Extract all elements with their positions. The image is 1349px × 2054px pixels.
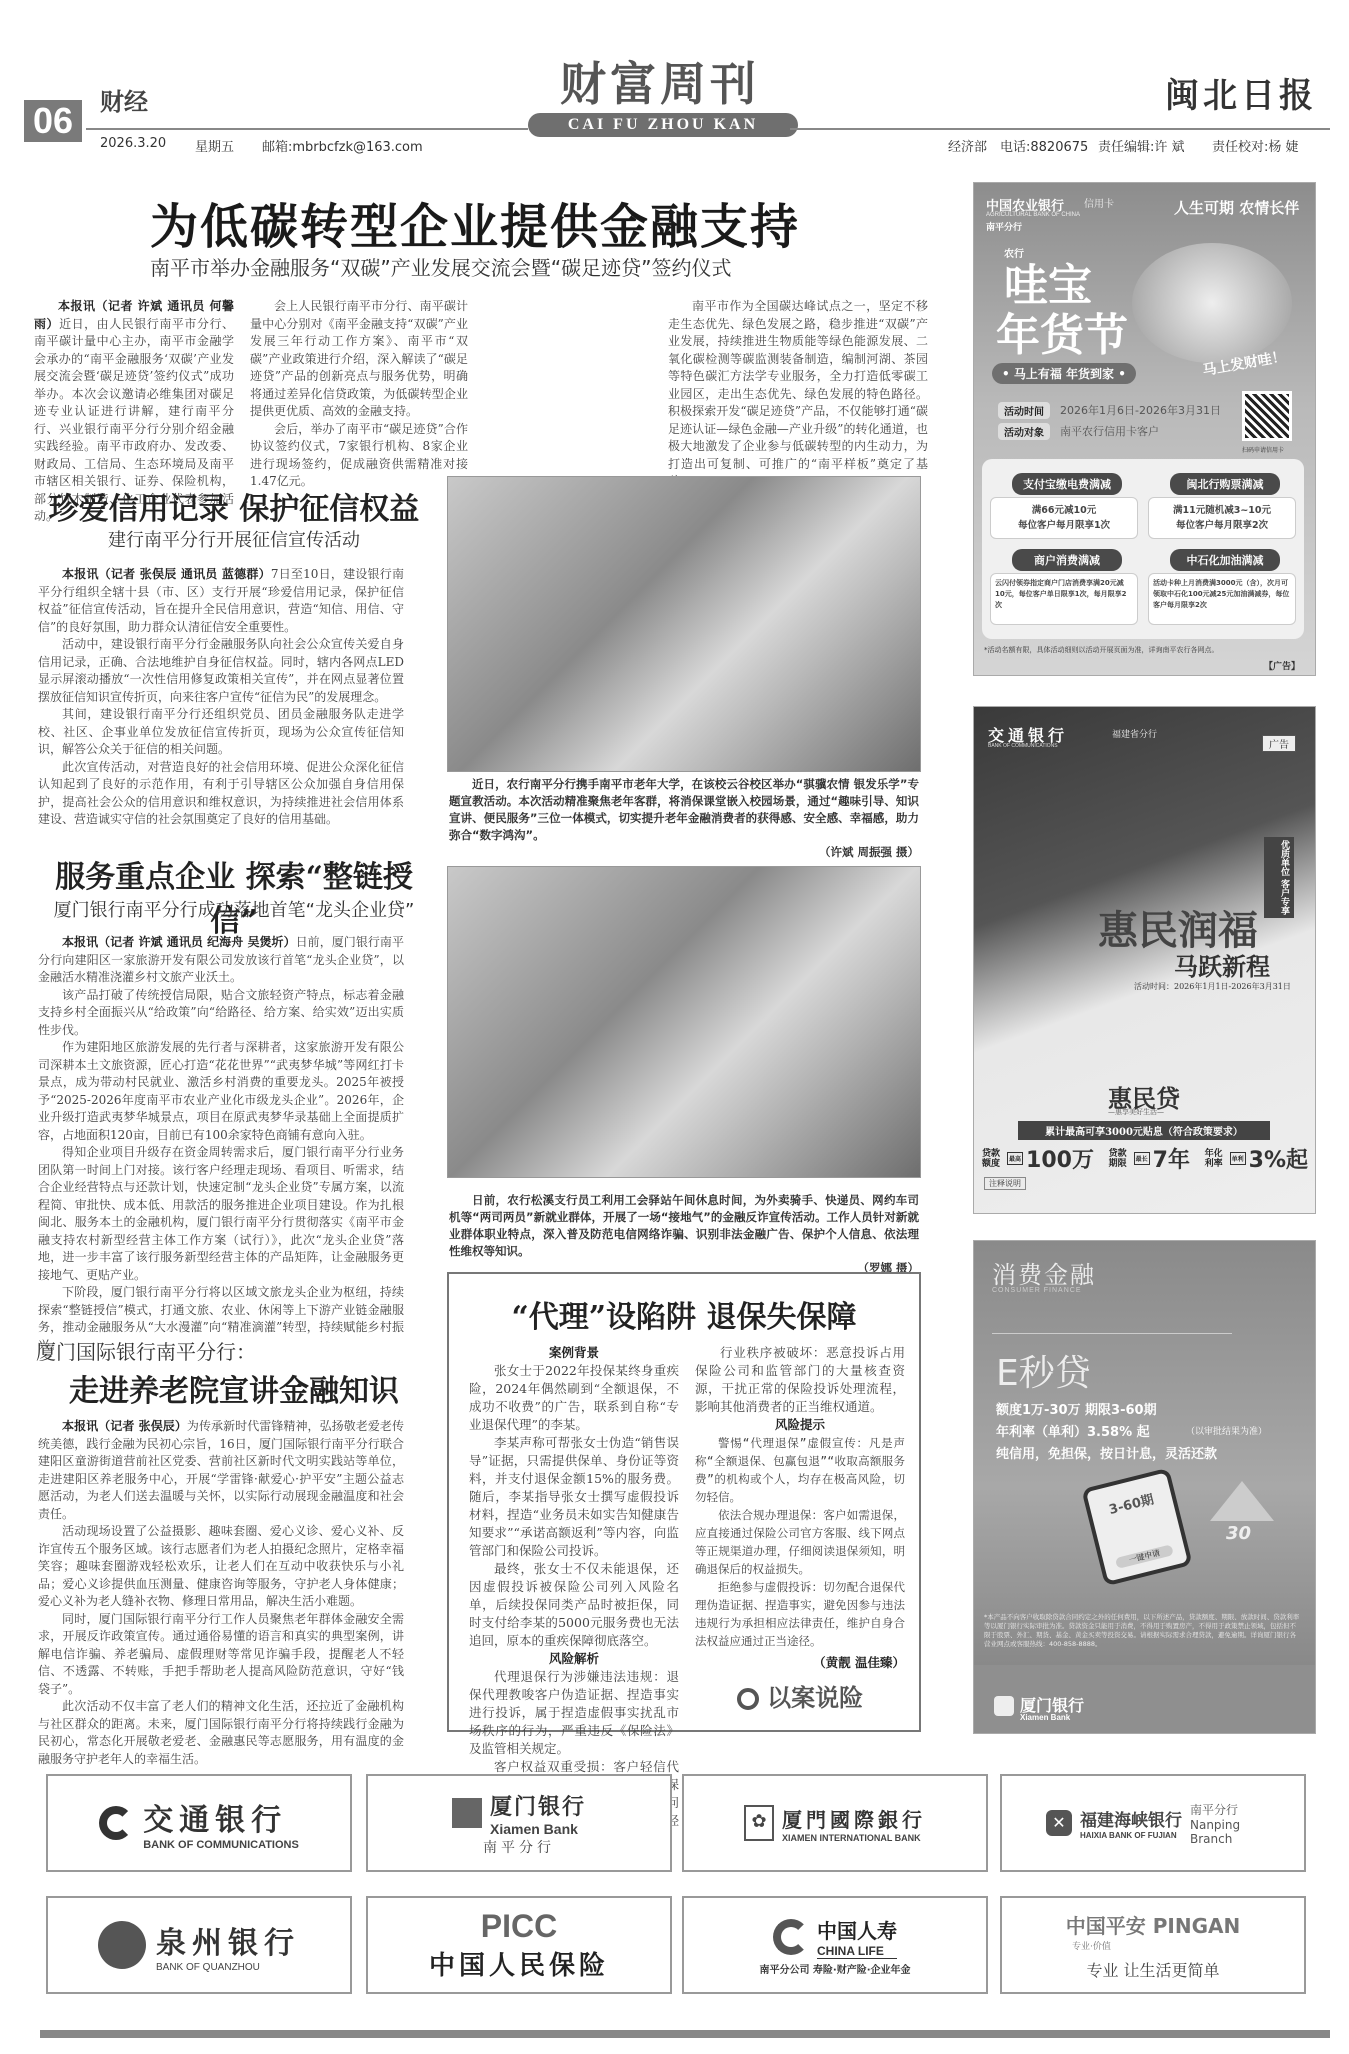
credit-subheadline: 建行南平分行开展征信宣传活动	[34, 526, 434, 552]
footer-rule	[40, 2030, 1330, 2038]
contact-email: 邮箱:mbrbcfzk@163.com	[262, 136, 423, 155]
xib-clover-icon: ✿	[744, 1805, 774, 1841]
sponsor-xiamen-bank[interactable]: 厦门银行Xiamen Bank 南平分行	[366, 1774, 672, 1872]
chain-subheadline: 厦门银行南平分行成功落地首笔“龙头企业贷”	[34, 896, 434, 922]
elderly-body: 本报讯（记者 张俣辰）为传承新时代雷锋精神，弘扬敬老爱老传统美德，践行金融为民初…	[38, 1418, 404, 1768]
sponsor-quanzhou-bank[interactable]: 泉州银行BANK OF QUANZHOU	[46, 1896, 352, 1994]
editor: 责任编辑:许 斌	[1098, 136, 1185, 155]
sponsor-xiamen-intl-bank[interactable]: ✿ 厦門國際銀行XIAMEN INTERNATIONAL BANK	[682, 1774, 988, 1872]
photo1-caption: 近日，农行南平分行携手南平市老年大学，在该校云谷校区举办“骐骥农情 银发乐学”专…	[449, 776, 919, 861]
qr-code-icon[interactable]	[1242, 391, 1292, 441]
china-life-logo-icon	[773, 1919, 809, 1955]
lead-column-3: 南平市作为全国碳达峰试点之一，坚定不移走生态优先、绿色发展之路，稳步推进“双碳”…	[668, 298, 928, 491]
issue-weekday: 星期五	[195, 136, 234, 155]
quanzhou-logo-icon	[98, 1921, 146, 1969]
insurance-col-left: 案例背景 张女士于2022年投保某终身重疾险，2024年偶然刷到“全额退保，不成…	[469, 1344, 679, 1848]
sponsor-haixia-bank[interactable]: ✕ 福建海峡银行HAIXIA BANK OF FUJIAN 南平分行 Nanpi…	[1000, 1774, 1306, 1872]
offers-panel: 支付宝缴电费满减 满66元减10元每位客户每月限享1次 闽北行购票满减 满11元…	[982, 459, 1304, 639]
lead-subheadline: 南平市举办金融服务“双碳”产业发展交流会暨“碳足迹贷”签约仪式	[150, 252, 731, 281]
proofreader: 责任校对:杨 婕	[1212, 136, 1299, 155]
credit-body: 本报讯（记者 张俣辰 通讯员 蓝德群）7日至10日，建设银行南平分行组织全辖十县…	[38, 566, 404, 829]
sponsor-bocom[interactable]: 交通银行BANK OF COMMUNICATIONS	[46, 1774, 352, 1872]
insurance-headline: “代理”设陷阱 退保失保障	[449, 1292, 919, 1336]
page-number: 06	[24, 100, 82, 142]
header-rule	[86, 128, 528, 130]
ad-bocom-huiminloan[interactable]: 交通银行 BANK OF COMMUNICATIONS 福建省分行 广告 优质单…	[973, 706, 1316, 1214]
arrow-up-icon	[1210, 1481, 1274, 1521]
photo-elderly-university	[447, 476, 921, 772]
sponsor-picc[interactable]: PICC 中国人民保险	[366, 1896, 672, 1994]
newspaper-logo: 闽北日报	[1165, 68, 1317, 117]
sponsor-china-life[interactable]: 中国人寿CHINA LIFE 南平分公司 寿险·财产险·企业年金	[682, 1896, 988, 1994]
phone-illustration: 3-60期 一键申请	[1081, 1468, 1193, 1587]
phone: 电话:8820675	[1000, 136, 1088, 155]
masthead-title: 财富周刊	[560, 48, 760, 114]
chain-body: 本报讯（记者 许斌 通讯员 纪海舟 吴煲圻）日前，厦门银行南平分行向建阳区一家旅…	[38, 934, 404, 1354]
elderly-headline: 走进养老院宣讲金融知识	[34, 1366, 434, 1410]
loan-stats: 贷款额度最高100万 贷款期限最长7年 年化利率单利3%起	[982, 1143, 1308, 1174]
xiamen-bank-logo-icon	[994, 1696, 1014, 1716]
bocom-logo-icon	[99, 1806, 133, 1840]
issue-date: 2026.3.20	[100, 136, 166, 151]
photo-delivery-riders	[447, 866, 921, 1178]
insurance-col-right: 行业秩序被破坏：恶意投诉占用保险公司和监管部门的大量核查资源，干扰正常的保险投诉…	[695, 1344, 905, 1848]
masthead-pinyin: CAI FU ZHOU KAN	[528, 113, 798, 137]
elderly-kicker: 厦门国际银行南平分行：	[36, 1336, 256, 1365]
lead-headline: 为低碳转型企业提供金融支持	[150, 188, 800, 257]
insurance-case-box: “代理”设陷阱 退保失保障 案例背景 张女士于2022年投保某终身重疾险，202…	[447, 1272, 921, 1732]
credit-headline: 珍爱信用记录 保护征信权益	[34, 484, 434, 528]
lead-column-2: 会上人民银行南平市分行、南平碳计量中心分别对《南平金融支持“双碳”产业发展三年行…	[250, 298, 468, 491]
ad-xiamen-bank-eloan[interactable]: 消费金融 CONSUMER FINANCE E秒贷 额度1万-30万 期限3-6…	[973, 1240, 1316, 1734]
section-name: 财经	[100, 82, 148, 117]
column-logo: 以案说险	[695, 1678, 905, 1713]
frog-mascot-illustration	[1132, 243, 1292, 363]
photo2-caption: 日前，农行松溪支行员工利用工会驿站午间休息时间，为外卖骑手、快递员、网约车司机等…	[449, 1192, 919, 1277]
department: 经济部	[948, 136, 987, 155]
haixia-logo-icon: ✕	[1046, 1810, 1072, 1836]
header-rule-right	[790, 128, 1330, 130]
xiamen-bank-logo-icon	[452, 1798, 482, 1828]
sponsor-pingan[interactable]: 中国平安 PINGAN 专业·价值 专业 让生活更简单	[1000, 1896, 1306, 1994]
coin-icon	[737, 1688, 759, 1710]
ad-abc-credit-card[interactable]: 中国农业银行 AGRICULTURAL BANK OF CHINA 南平分行 信…	[973, 182, 1316, 676]
